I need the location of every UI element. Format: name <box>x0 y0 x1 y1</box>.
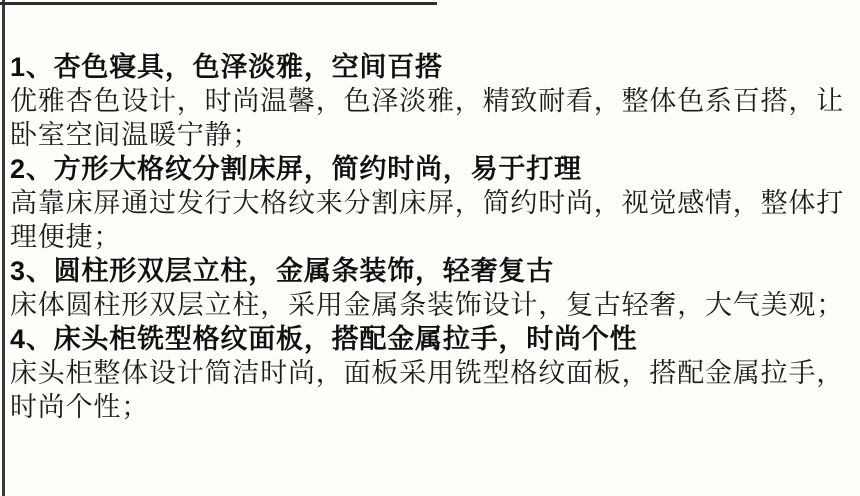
top-border-line <box>0 2 437 5</box>
feature-body-1: 优雅杏色设计，时尚温馨，色泽淡雅，精致耐看，整体色系百搭，让卧室空间温暖宁静； <box>10 84 855 152</box>
feature-section-4: 4、床头柜铣型格纹面板，搭配金属拉手，时尚个性 床头柜整体设计简洁时尚，面板采用… <box>10 322 855 424</box>
feature-list: 1、杏色寝具，色泽淡雅，空间百搭 优雅杏色设计，时尚温馨，色泽淡雅，精致耐看，整… <box>10 50 855 424</box>
feature-body-4: 床头柜整体设计简洁时尚，面板采用铣型格纹面板，搭配金属拉手，时尚个性； <box>10 356 855 424</box>
feature-body-3: 床体圆柱形双层立柱，采用金属条装饰设计，复古轻奢，大气美观； <box>10 288 855 322</box>
feature-heading-3: 3、圆柱形双层立柱，金属条装饰，轻奢复古 <box>10 254 855 288</box>
feature-heading-4: 4、床头柜铣型格纹面板，搭配金属拉手，时尚个性 <box>10 322 855 356</box>
feature-heading-2: 2、方形大格纹分割床屏，简约时尚，易于打理 <box>10 152 855 186</box>
feature-heading-1: 1、杏色寝具，色泽淡雅，空间百搭 <box>10 50 855 84</box>
feature-section-1: 1、杏色寝具，色泽淡雅，空间百搭 优雅杏色设计，时尚温馨，色泽淡雅，精致耐看，整… <box>10 50 855 152</box>
left-border-line <box>2 0 5 496</box>
feature-section-2: 2、方形大格纹分割床屏，简约时尚，易于打理 高靠床屏通过发行大格纹来分割床屏，简… <box>10 152 855 254</box>
feature-body-2: 高靠床屏通过发行大格纹来分割床屏，简约时尚，视觉感情，整体打理便捷； <box>10 186 855 254</box>
feature-section-3: 3、圆柱形双层立柱，金属条装饰，轻奢复古 床体圆柱形双层立柱，采用金属条装饰设计… <box>10 254 855 322</box>
product-description-page: 1、杏色寝具，色泽淡雅，空间百搭 优雅杏色设计，时尚温馨，色泽淡雅，精致耐看，整… <box>0 0 860 496</box>
